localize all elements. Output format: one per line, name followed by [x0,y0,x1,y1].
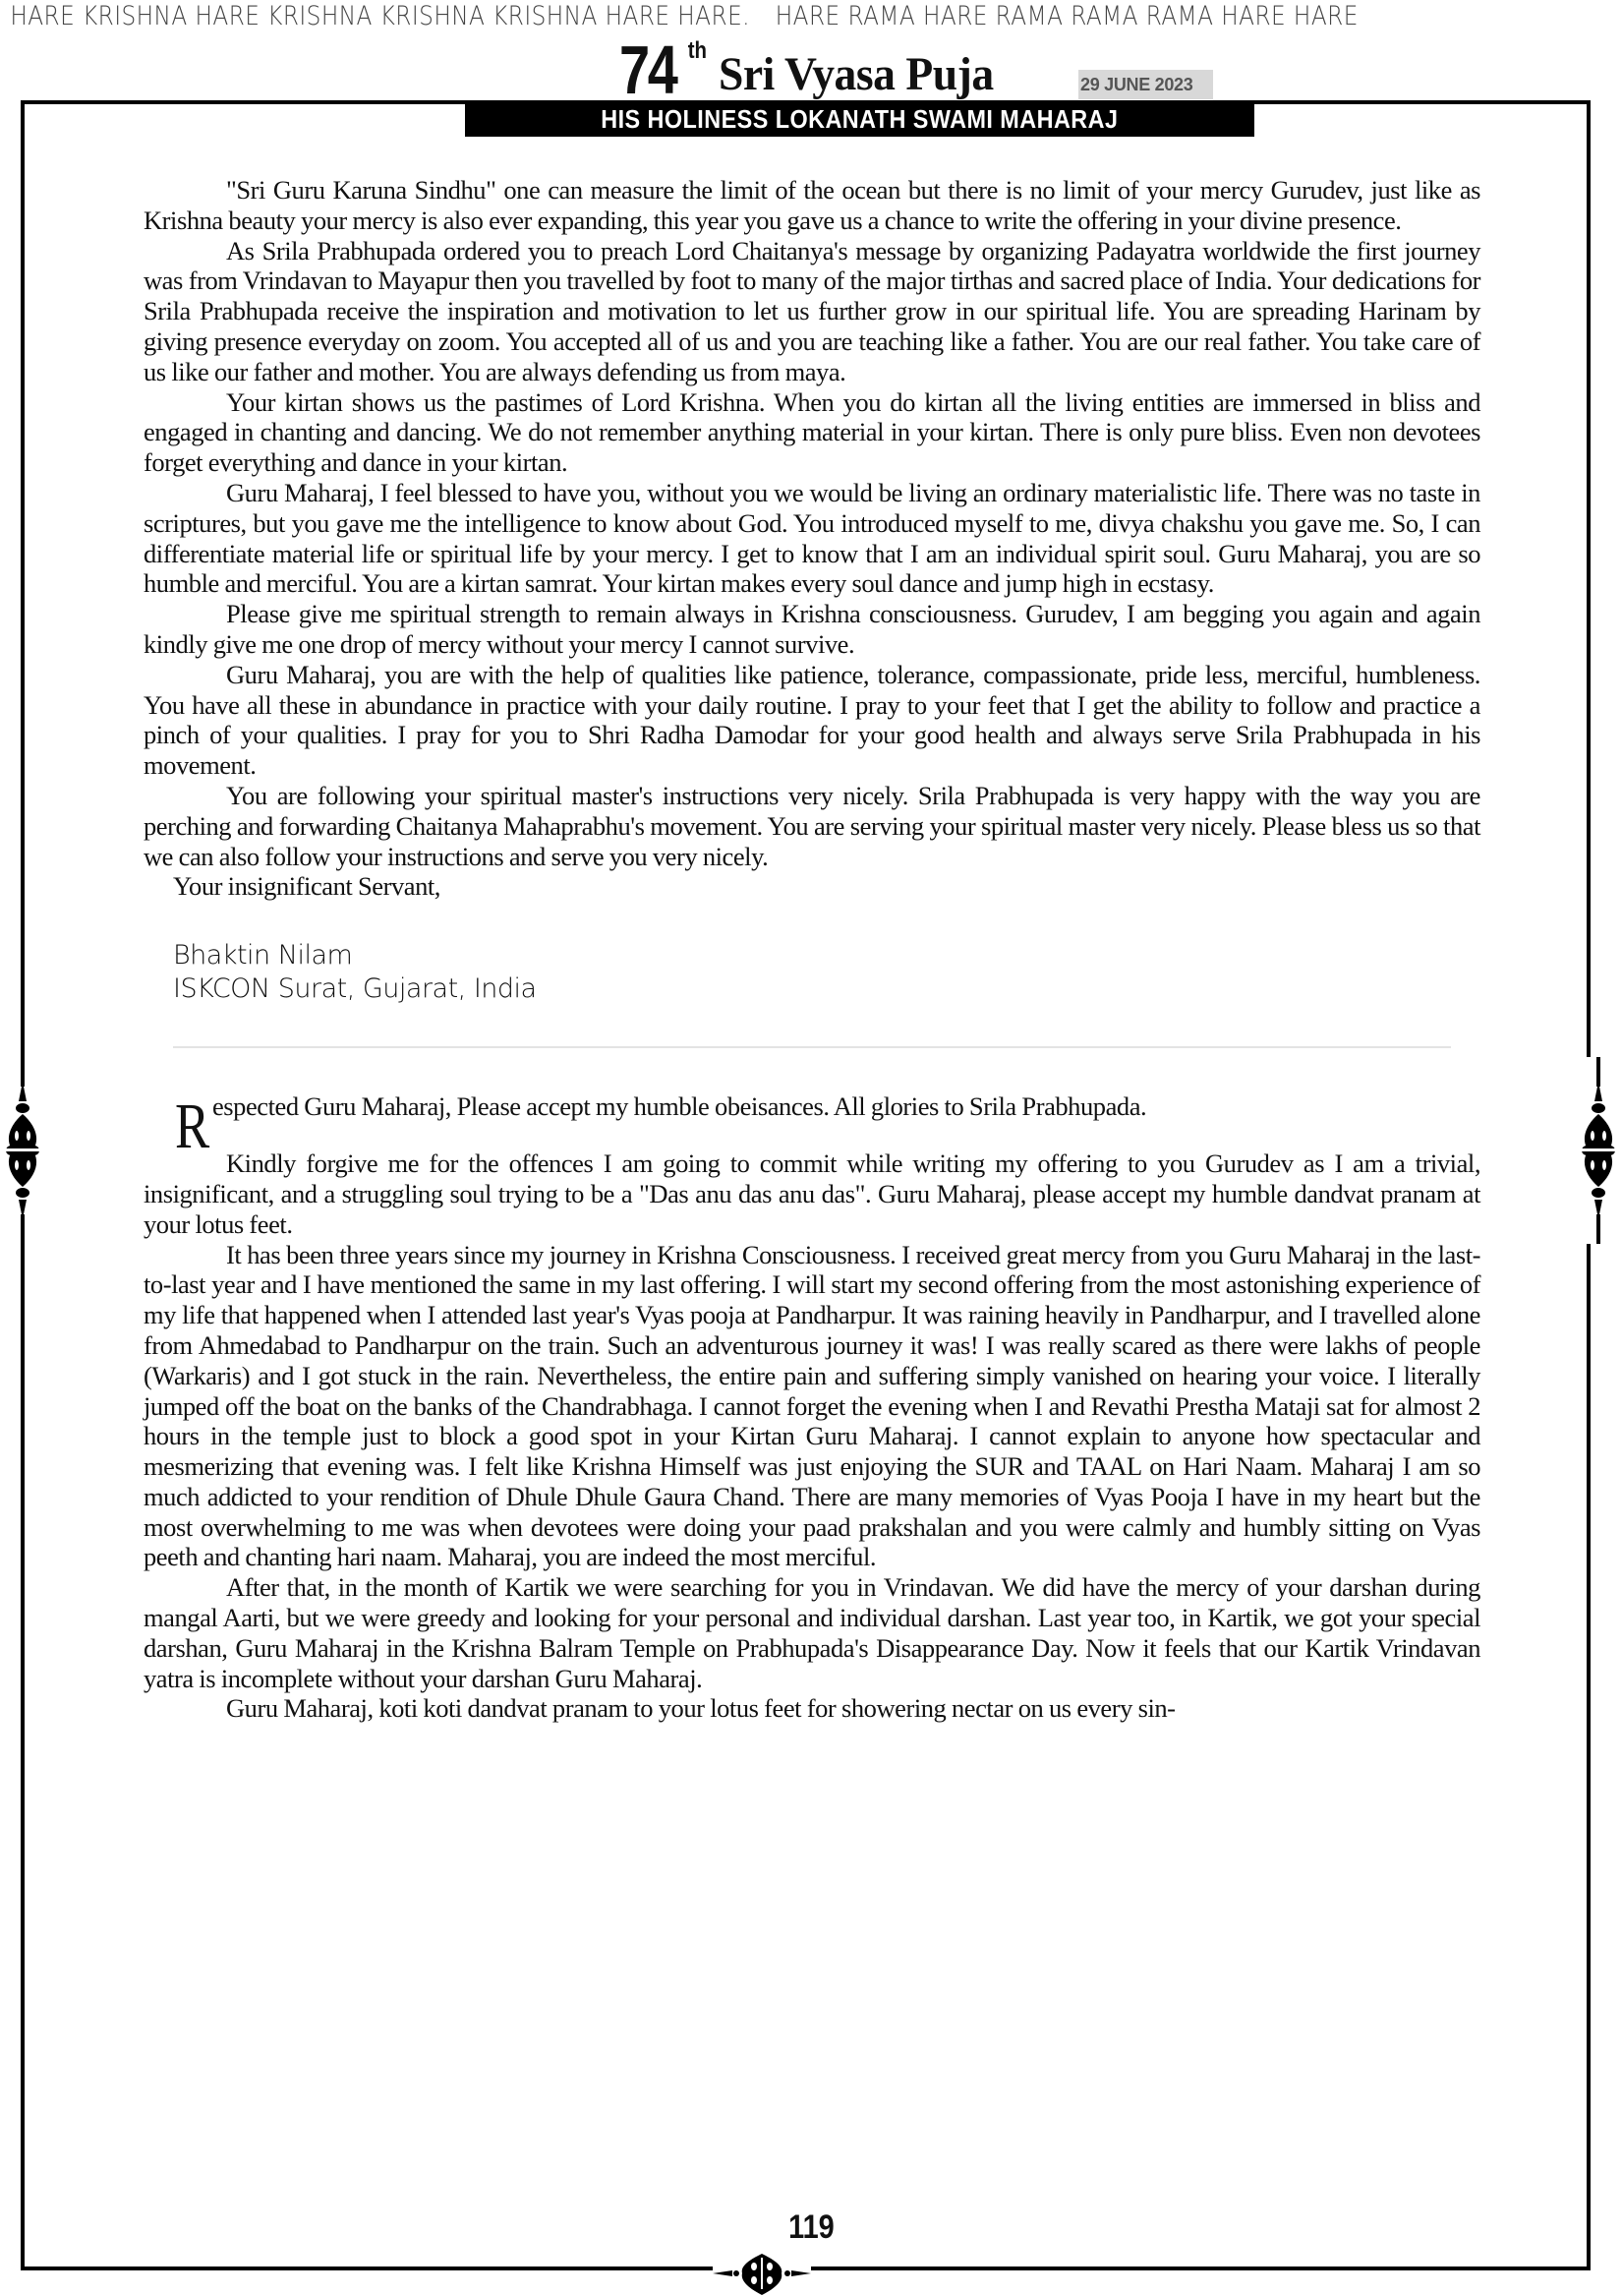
paragraph: Please give me spiritual strength to rem… [144,599,1480,660]
paragraph: Your kirtan shows us the pastimes of Lor… [144,387,1480,478]
paragraph: Guru Maharaj, I feel blessed to have you… [144,478,1480,599]
section-divider [173,1046,1451,1048]
mantra-left: HARE KRISHNA HARE KRISHNA KRISHNA KRISHN… [10,0,750,33]
paragraph: "Sri Guru Karuna Sindhu" one can measure… [144,175,1480,236]
paragraph: Guru Maharaj, koti koti dandvat pranam t… [144,1693,1480,1724]
offering-1: "Sri Guru Karuna Sindhu" one can measure… [144,175,1480,1006]
paragraph: After that, in the month of Kartik we we… [144,1572,1480,1693]
paragraph: As Srila Prabhupada ordered you to preac… [144,236,1480,387]
date-badge: 29 JUNE 2023 [1078,70,1213,99]
page-number: 119 [0,2208,1622,2247]
paragraph: Guru Maharaj, you are with the help of q… [144,660,1480,781]
drop-cap: R [175,1094,209,1159]
mantra-header: HARE KRISHNA HARE KRISHNA KRISHNA KRISHN… [0,0,1405,35]
page-number-text: 119 [788,2208,835,2247]
title-number: 74 [619,39,674,100]
paragraph: Kindly forgive me for the offences I am … [144,1148,1480,1239]
subtitle-text: HIS HOLINESS LOKANATH SWAMI MAHARAJ [601,101,1118,137]
paragraph: You are following your spiritual master'… [144,781,1480,871]
salutation-line: R espected Guru Maharaj, Please accept m… [144,1091,1480,1148]
mantra-right: HARE RAMA HARE RAMA RAMA RAMA HARE HARE [776,0,1359,33]
author-name: Bhaktin Nilam [173,939,1480,972]
filigree-ornament-icon [3,1057,42,1244]
article-body: "Sri Guru Karuna Sindhu" one can measure… [144,175,1480,1724]
signature-block: Bhaktin Nilam ISKCON Surat, Gujarat, Ind… [144,939,1480,1006]
subtitle-banner: HIS HOLINESS LOKANATH SWAMI MAHARAJ [465,101,1254,137]
filigree-ornament-icon [713,2252,811,2296]
salutation-text: espected Guru Maharaj, Please accept my … [212,1091,1146,1122]
title-text: Sri Vyasa Puja [719,49,994,100]
filigree-ornament-icon [1579,1057,1618,1244]
title-superscript: th [688,37,707,65]
paragraph: It has been three years since my journey… [144,1240,1480,1573]
offering-2: R espected Guru Maharaj, Please accept m… [144,1091,1480,1724]
author-location: ISKCON Surat, Gujarat, India [173,972,1480,1006]
page-title: 74 th Sri Vyasa Puja [619,37,1008,100]
closing-line: Your insignificant Servant, [144,871,1480,902]
